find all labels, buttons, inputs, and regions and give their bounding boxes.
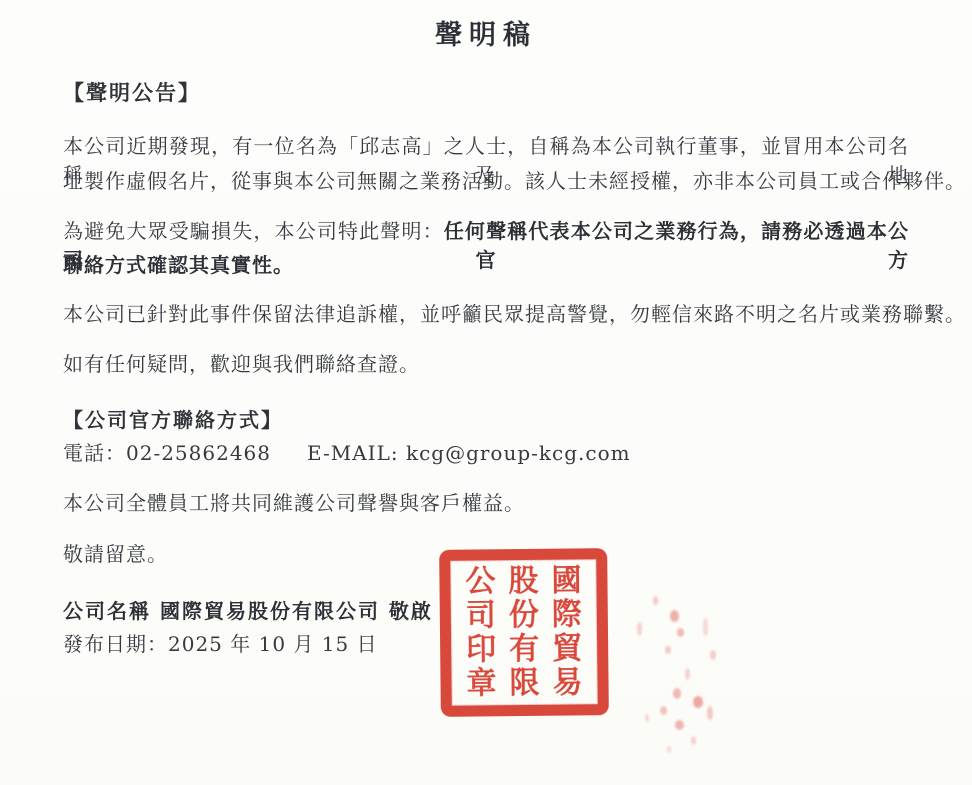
contact-info-line: 電話：02-25862468 E-MAIL: kcg@group-kcg.com	[63, 437, 909, 466]
seal-character: 份	[509, 599, 539, 633]
seal-character: 易	[552, 666, 582, 700]
announcement-heading: 【聲明公告】	[63, 77, 201, 107]
seal-character: 國	[551, 564, 581, 598]
paragraph-1-line-2: 址製作虛假名片，從事與本公司無關之業務活動。該人士未經授權，亦非本公司員工或合作…	[63, 165, 909, 194]
paragraph-4: 如有任何疑問，歡迎與我們聯絡查證。	[63, 348, 909, 377]
company-seal-stamp: 公 司 印 章 股 份 有 限 國 際 貿 易	[439, 548, 609, 717]
seal-character: 司	[466, 599, 496, 633]
seal-character: 限	[509, 667, 539, 701]
email-address: E-MAIL: kcg@group-kcg.com	[307, 441, 631, 465]
seal-character: 章	[466, 667, 496, 701]
seal-character: 股	[508, 565, 538, 599]
paragraph-3: 本公司已針對此事件保留法律追訴權，並呼籲民眾提高警覺，勿輕信來路不明之名片或業務…	[63, 298, 909, 327]
seal-character: 印	[466, 633, 496, 667]
seal-character: 貿	[552, 632, 582, 666]
paragraph-2-normal-text: 為避免大眾受騙損失，本公司特此聲明：	[63, 219, 444, 243]
paragraph-5: 本公司全體員工將共同維護公司聲譽與客戶權益。	[63, 487, 909, 516]
seal-column-left: 公 司 印 章	[465, 564, 496, 701]
seal-column-middle: 股 份 有 限	[508, 564, 539, 701]
paragraph-2-line-2: 聯絡方式確認其真實性。	[63, 249, 909, 278]
seal-character: 公	[465, 565, 495, 599]
seal-character: 際	[552, 598, 582, 632]
document-title: 聲明稿	[0, 13, 972, 52]
seal-character: 有	[509, 633, 539, 667]
phone-number: 電話：02-25862468	[63, 437, 271, 466]
scanned-statement-document: 聲明稿 【聲明公告】 本公司近期發現，有一位名為「邱志高」之人士，自稱為本公司執…	[0, 0, 972, 785]
contact-heading: 【公司官方聯絡方式】	[63, 404, 283, 433]
seal-column-right: 國 際 貿 易	[551, 563, 582, 700]
